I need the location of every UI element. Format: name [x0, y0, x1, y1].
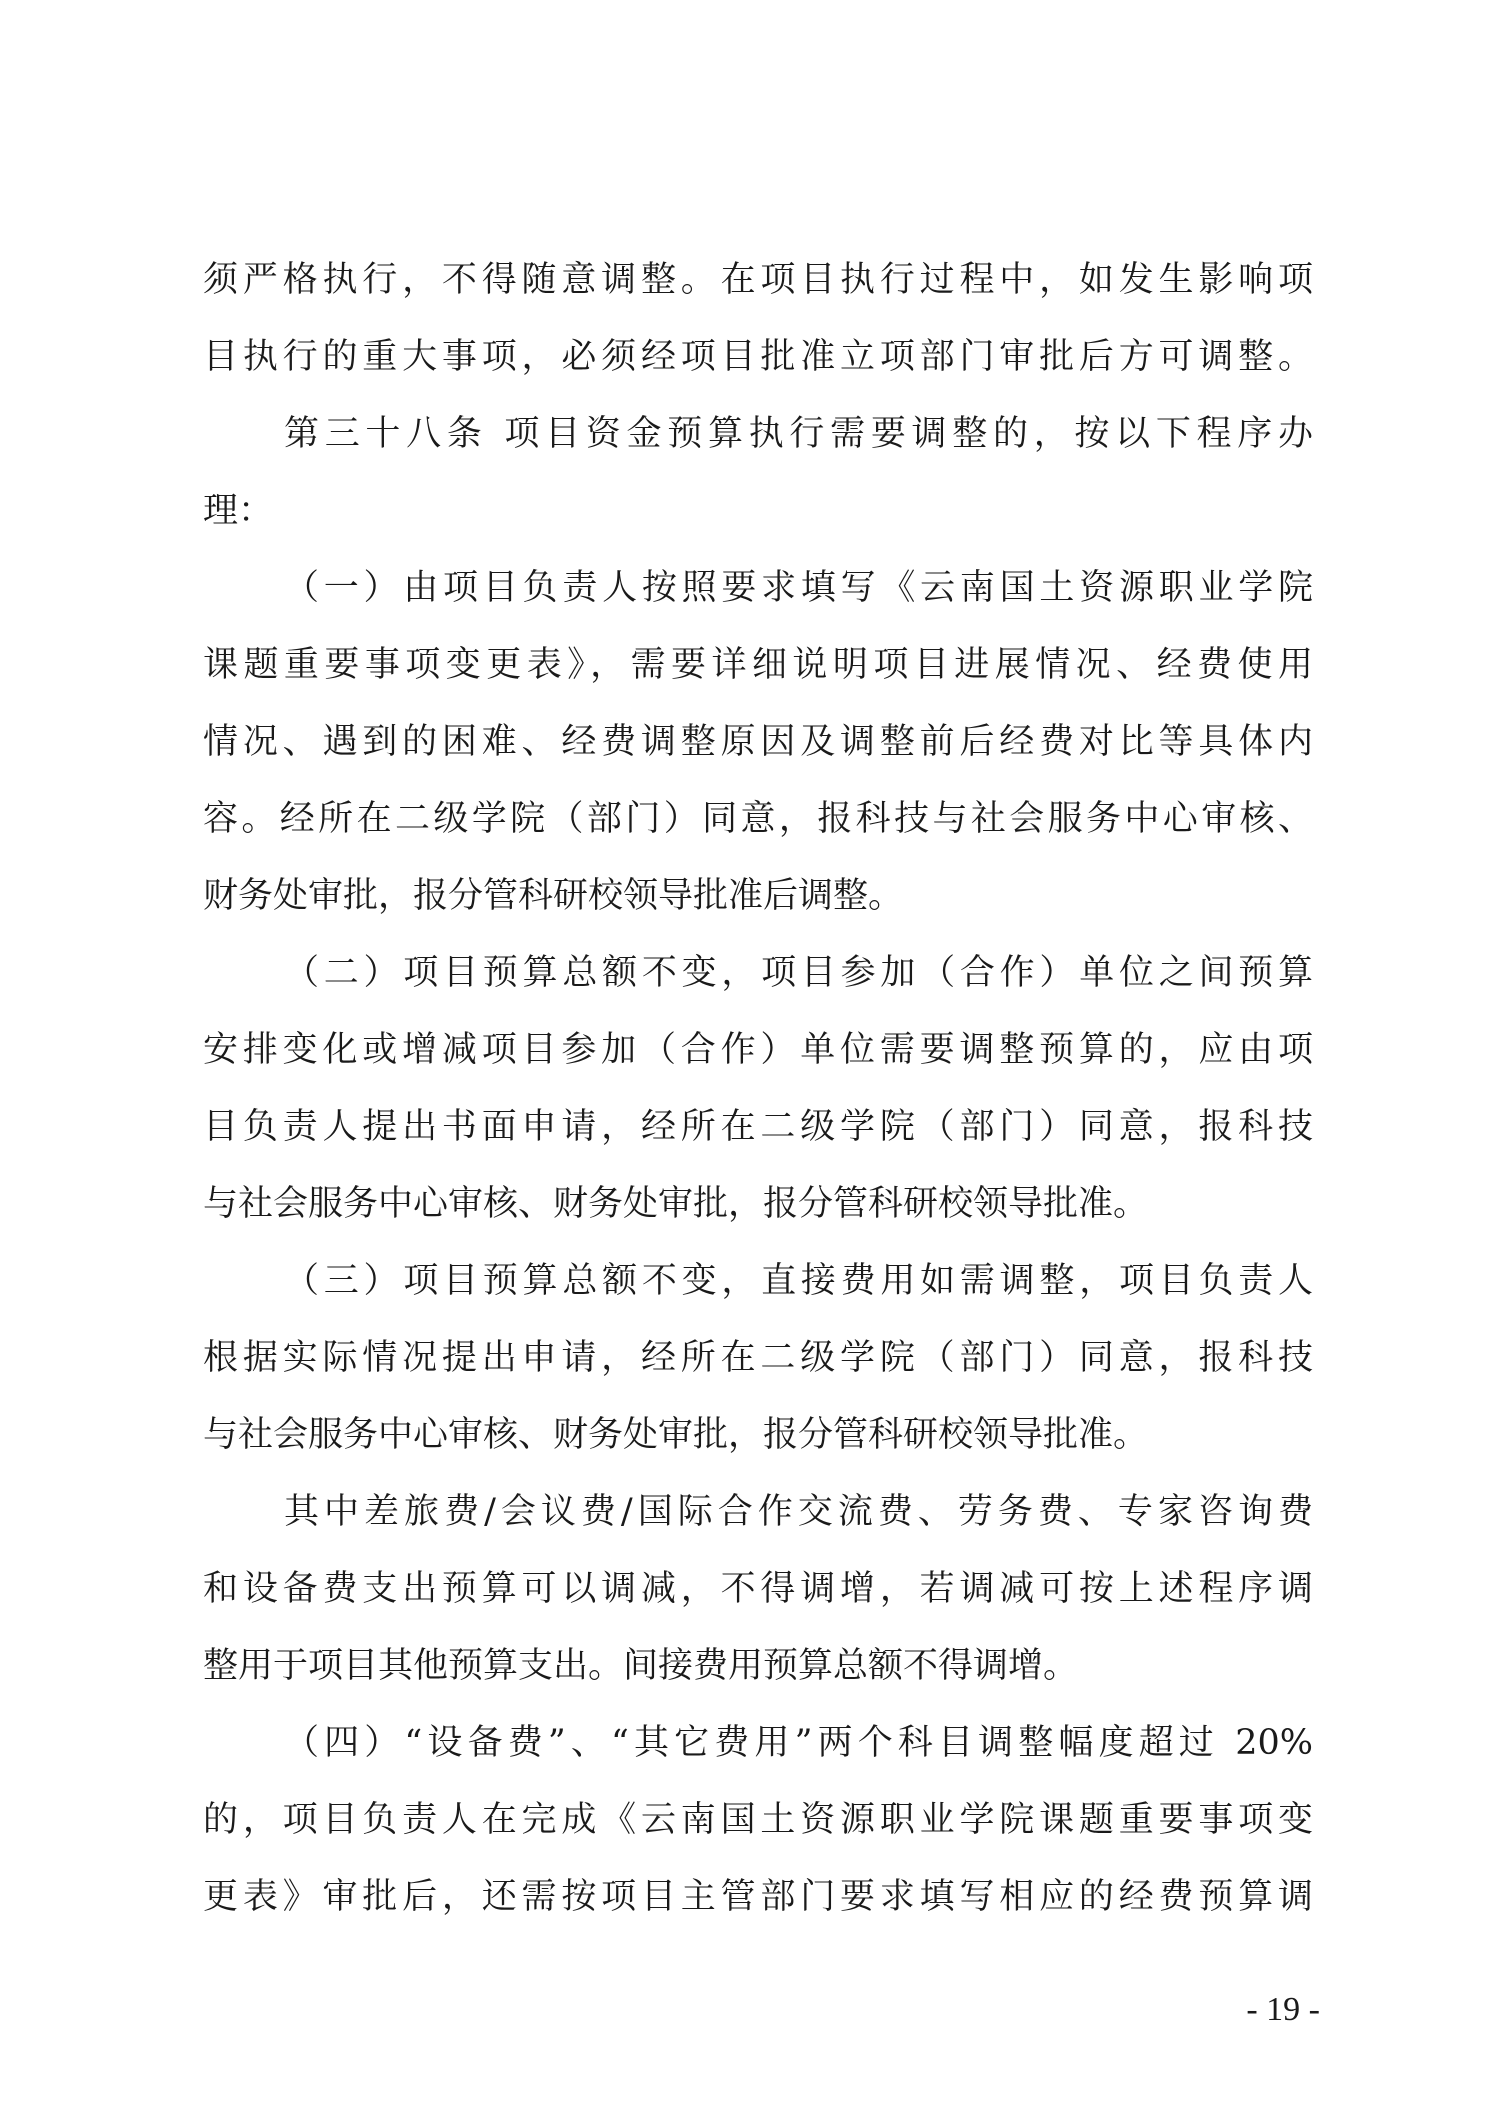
text-line: 与社会服务中心审核、财务处审批，报分管科研校领导批准。: [203, 1405, 1313, 1465]
text-line: 理：: [203, 481, 1313, 541]
clause-1-start: （一）由项目负责人按照要求填写《云南国土资源职业学院: [284, 558, 1313, 618]
article-38-heading: 第三十八条 项目资金预算执行需要调整的，按以下程序办: [284, 404, 1313, 464]
clause-4-start: （四）“设备费”、“其它费用”两个科目调整幅度超过 20%: [284, 1713, 1313, 1773]
text-line: 更表》审批后，还需按项目主管部门要求填写相应的经费预算调: [203, 1867, 1313, 1927]
text-line: 容。经所在二级学院（部门）同意，报科技与社会服务中心审核、: [203, 789, 1313, 849]
text-line: 与社会服务中心审核、财务处审批，报分管科研校领导批准。: [203, 1174, 1313, 1234]
clause-3-note-start: 其中差旅费/会议费/国际合作交流费、劳务费、专家咨询费: [284, 1482, 1313, 1542]
text-line: 根据实际情况提出申请，经所在二级学院（部门）同意，报科技: [203, 1328, 1313, 1388]
clause-2-start: （二）项目预算总额不变，项目参加（合作）单位之间预算: [284, 943, 1313, 1003]
clause-3-start: （三）项目预算总额不变，直接费用如需调整，项目负责人: [284, 1251, 1313, 1311]
text-line: 课题重要事项变更表》，需要详细说明项目进展情况、经费使用: [203, 635, 1313, 695]
text-line: 目执行的重大事项，必须经项目批准立项部门审批后方可调整。: [203, 327, 1313, 387]
document-page: 须严格执行，不得随意调整。在项目执行过程中，如发生影响项 目执行的重大事项，必须…: [0, 0, 1500, 2121]
text-line: 的，项目负责人在完成《云南国土资源职业学院课题重要事项变: [203, 1790, 1313, 1850]
text-line: 须严格执行，不得随意调整。在项目执行过程中，如发生影响项: [203, 250, 1313, 310]
text-line: 和设备费支出预算可以调减，不得调增，若调减可按上述程序调: [203, 1559, 1313, 1619]
text-line: 整用于项目其他预算支出。间接费用预算总额不得调增。: [203, 1636, 1313, 1696]
text-line: 目负责人提出书面申请，经所在二级学院（部门）同意，报科技: [203, 1097, 1313, 1157]
text-line: 情况、遇到的困难、经费调整原因及调整前后经费对比等具体内: [203, 712, 1313, 772]
page-number: - 19 -: [1180, 1985, 1320, 2035]
text-line: 财务处审批，报分管科研校领导批准后调整。: [203, 866, 1313, 926]
text-line: 安排变化或增减项目参加（合作）单位需要调整预算的，应由项: [203, 1020, 1313, 1080]
